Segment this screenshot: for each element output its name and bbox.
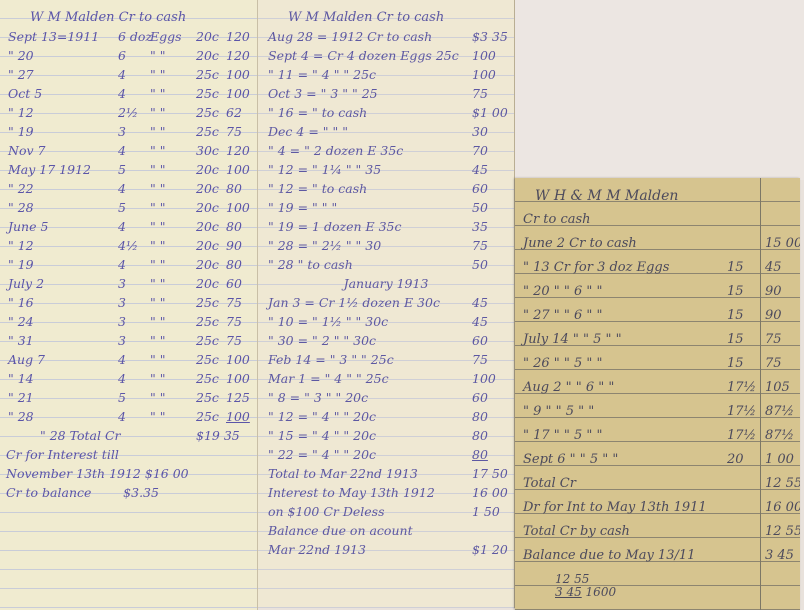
row-description: " 22 = " 4 " " 20c xyxy=(268,445,376,464)
row-description: on $100 Cr Deless xyxy=(268,502,385,521)
row-description: Aug 2 " " 6 " " xyxy=(523,376,614,400)
row-rate: 25c xyxy=(196,350,219,369)
ledger-row: July 23" "20c60 xyxy=(0,274,257,293)
row-rate: 17½ xyxy=(727,376,756,400)
background-surface xyxy=(515,0,804,180)
row-date: " 14 xyxy=(8,369,34,388)
row-date: Nov 7 xyxy=(8,141,45,160)
ledger-row: " 12 = " 4 " " 20c80 xyxy=(258,407,514,426)
row-amount: 45 xyxy=(472,160,488,179)
side-calculation: 12 55 3 45 1600 xyxy=(555,573,616,599)
ledger-row: Total Cr by cash12 55 xyxy=(515,520,800,544)
row-description: Jan 3 = Cr 1½ dozen E 30c xyxy=(268,293,440,312)
ledger-row: Dec 4 = " " "30 xyxy=(258,122,514,141)
ledger-row: " 15 = " 4 " " 20c80 xyxy=(258,426,514,445)
ledger-row: Dr for Int to May 13th 191116 00 xyxy=(515,496,800,520)
row-description: " 28 = " 2½ " " 30 xyxy=(268,236,381,255)
row-date: " 21 xyxy=(8,388,34,407)
ledger-row: June 2 Cr to cash15 00 xyxy=(515,232,800,256)
row-description: " 12 = " to cash xyxy=(268,179,367,198)
row-description: " 19 = 1 dozen E 35c xyxy=(268,217,402,236)
row-amount: 75 xyxy=(472,236,488,255)
ledger-row: " 22 = " 4 " " 20c80 xyxy=(258,445,514,464)
row-rate: 30c xyxy=(196,141,219,160)
ledger-row: " 206" "20c120 xyxy=(0,46,257,65)
row-date: " 12 xyxy=(8,236,34,255)
row-rate: 25c xyxy=(196,103,219,122)
row-quantity: 4 xyxy=(118,65,126,84)
row-description: Dec 4 = " " " xyxy=(268,122,348,141)
row-description: " 16 = " to cash xyxy=(268,103,367,122)
row-date: " 20 xyxy=(8,46,34,65)
row-amount: 70 xyxy=(472,141,488,160)
section-subheading: January 1913 xyxy=(258,274,514,293)
row-unit: " " xyxy=(150,369,165,388)
row-amount: 75 xyxy=(472,350,488,369)
row-amount: $1 00 xyxy=(472,103,508,122)
ledger-row: " 19 = 1 dozen E 35c35 xyxy=(258,217,514,236)
row-amount: 87½ xyxy=(765,400,794,424)
note-line: Cr for Interest till xyxy=(0,445,257,464)
row-amount: 100 xyxy=(226,350,250,369)
row-amount: 75 xyxy=(226,122,242,141)
row-amount: 80 xyxy=(472,407,488,426)
row-amount: 75 xyxy=(226,312,242,331)
row-amount: 15 00 xyxy=(765,232,800,256)
row-amount: 35 xyxy=(472,217,488,236)
row-quantity: 3 xyxy=(118,331,126,350)
row-unit: " " xyxy=(150,350,165,369)
row-amount: 16 00 xyxy=(472,483,508,502)
row-rate: 20c xyxy=(196,160,219,179)
ledger-row: " 10 = " 1½ " " 30c45 xyxy=(258,312,514,331)
ledger-row: June 54" "20c80 xyxy=(0,217,257,236)
row-amount: 100 xyxy=(226,369,250,388)
row-amount: 80 xyxy=(472,426,488,445)
row-rate: 17½ xyxy=(727,400,756,424)
row-rate: 20c xyxy=(196,236,219,255)
row-rate: 25c xyxy=(196,312,219,331)
row-amount: 75 xyxy=(765,352,782,376)
ledger-page-1: W M Malden Cr to cash Sept 13=19116 dozE… xyxy=(0,0,258,610)
row-rate: 25c xyxy=(196,388,219,407)
ledger-row: " 16 = " to cash$1 00 xyxy=(258,103,514,122)
row-quantity: 5 xyxy=(118,198,126,217)
row-rate: 25c xyxy=(196,293,219,312)
ledger-page-2: W M Malden Cr to cash Aug 28 = 1912 Cr t… xyxy=(258,0,515,608)
row-date: " 27 xyxy=(8,65,34,84)
ledger-rows: Sept 13=19116 dozEggs20c120" 206" "20c12… xyxy=(0,27,257,426)
row-quantity: 3 xyxy=(118,293,126,312)
row-amount: 3 45 xyxy=(765,544,794,568)
row-description: Oct 3 = " 3 " " 25 xyxy=(268,84,378,103)
ledger-row: " 285" "20c100 xyxy=(0,198,257,217)
row-rate: 15 xyxy=(727,304,744,328)
row-quantity: 3 xyxy=(118,122,126,141)
row-quantity: 2½ xyxy=(118,103,138,122)
row-unit: " " xyxy=(150,103,165,122)
row-date: Aug 7 xyxy=(8,350,45,369)
row-quantity: 4½ xyxy=(118,236,138,255)
row-unit: " " xyxy=(150,388,165,407)
page-subheading: Cr to cash xyxy=(515,208,800,232)
row-unit: " " xyxy=(150,331,165,350)
row-rate: 17½ xyxy=(727,424,756,448)
ledger-row: " 12 = " 1¼ " " 3545 xyxy=(258,160,514,179)
row-date: " 19 xyxy=(8,122,34,141)
ledger-row: " 13 Cr for 3 doz Eggs1545 xyxy=(515,256,800,280)
row-unit: " " xyxy=(150,236,165,255)
row-unit: " " xyxy=(150,122,165,141)
row-date: " 24 xyxy=(8,312,34,331)
page-heading: W H & M M Malden xyxy=(515,184,800,208)
row-amount: 100 xyxy=(472,369,496,388)
row-amount: 45 xyxy=(472,293,488,312)
ledger-row: " 243" "25c75 xyxy=(0,312,257,331)
row-quantity: 5 xyxy=(118,388,126,407)
row-rate: 15 xyxy=(727,328,744,352)
row-amount: 120 xyxy=(226,27,250,46)
row-amount: $1 20 xyxy=(472,540,508,559)
row-quantity: 3 xyxy=(118,312,126,331)
row-amount: 100 xyxy=(226,407,250,426)
row-date: " 12 xyxy=(8,103,34,122)
row-quantity: 4 xyxy=(118,369,126,388)
row-description: " 8 = " 3 " " 20c xyxy=(268,388,368,407)
row-description: " 12 = " 1¼ " " 35 xyxy=(268,160,381,179)
ledger-row: Sept 6 " " 5 " "201 00 xyxy=(515,448,800,472)
ledger-row: Balance due on acount xyxy=(258,521,514,540)
row-rate: 20c xyxy=(196,27,219,46)
ledger-row: " 284" "25c100 xyxy=(0,407,257,426)
row-rate: 15 xyxy=(727,280,744,304)
row-amount: 100 xyxy=(226,160,250,179)
row-amount: 12 55 xyxy=(765,520,800,544)
row-description: " 28 " to cash xyxy=(268,255,353,274)
row-date: " 28 xyxy=(8,407,34,426)
row-date: July 2 xyxy=(8,274,44,293)
ledger-row: " 17 " " 5 " "17½87½ xyxy=(515,424,800,448)
ledger-row: on $100 Cr Deless1 50 xyxy=(258,502,514,521)
row-amount: 75 xyxy=(226,293,242,312)
row-amount: 60 xyxy=(472,331,488,350)
ledger-row: " 20 " " 6 " "1590 xyxy=(515,280,800,304)
row-amount: 100 xyxy=(226,84,250,103)
ledger-summary: Total to Mar 22nd 191317 50Interest to M… xyxy=(258,464,514,559)
row-unit: " " xyxy=(150,312,165,331)
ledger-row: " 26 " " 5 " "1575 xyxy=(515,352,800,376)
ledger-row: " 8 = " 3 " " 20c60 xyxy=(258,388,514,407)
row-quantity: 4 xyxy=(118,141,126,160)
ledger-row: " 124½" "20c90 xyxy=(0,236,257,255)
row-amount: 62 xyxy=(226,103,242,122)
ledger-row: " 4 = " 2 dozen E 35c70 xyxy=(258,141,514,160)
ledger-row: Total to Mar 22nd 191317 50 xyxy=(258,464,514,483)
total-row: " 28 Total Cr $19 35 xyxy=(0,426,257,445)
note-line: Cr to balance $3.35 xyxy=(0,483,257,502)
row-amount: 75 xyxy=(472,84,488,103)
row-rate: 20 xyxy=(727,448,744,472)
ledger-row: Feb 14 = " 3 " " 25c75 xyxy=(258,350,514,369)
ledger-row: May 17 19125" "20c100 xyxy=(0,160,257,179)
row-amount: 80 xyxy=(226,255,242,274)
row-quantity: 4 xyxy=(118,217,126,236)
ledger-row: Aug 28 = 1912 Cr to cash$3 35 xyxy=(258,27,514,46)
row-amount: 16 00 xyxy=(765,496,800,520)
ledger-row: Interest to May 13th 191216 00 xyxy=(258,483,514,502)
ledger-row: Total Cr12 55 xyxy=(515,472,800,496)
row-description: Feb 14 = " 3 " " 25c xyxy=(268,350,394,369)
ledger-row: Jan 3 = Cr 1½ dozen E 30c45 xyxy=(258,293,514,312)
row-description: Total Cr by cash xyxy=(523,520,630,544)
row-quantity: 3 xyxy=(118,274,126,293)
row-rate: 25c xyxy=(196,84,219,103)
row-rate: 25c xyxy=(196,407,219,426)
row-amount: 100 xyxy=(226,198,250,217)
row-date: " 31 xyxy=(8,331,34,350)
row-rate: 20c xyxy=(196,274,219,293)
row-amount: 60 xyxy=(226,274,242,293)
row-date: Sept 13=1911 xyxy=(8,27,99,46)
row-description: " 4 = " 2 dozen E 35c xyxy=(268,141,403,160)
row-description: Sept 6 " " 5 " " xyxy=(523,448,618,472)
row-rate: 15 xyxy=(727,352,744,376)
ledger-row: " 12 = " to cash60 xyxy=(258,179,514,198)
row-date: June 5 xyxy=(8,217,48,236)
row-amount: 60 xyxy=(472,179,488,198)
row-rate: 20c xyxy=(196,198,219,217)
row-rate: 20c xyxy=(196,179,219,198)
ledger-row: " 224" "20c80 xyxy=(0,179,257,198)
ledger-row: Sept 4 = Cr 4 dozen Eggs 25c100 xyxy=(258,46,514,65)
row-amount: 50 xyxy=(472,255,488,274)
total-amount: $19 35 xyxy=(196,426,240,445)
ledger-row: Mar 22nd 1913$1 20 xyxy=(258,540,514,559)
row-rate: 20c xyxy=(196,46,219,65)
ledger-row: " 215" "25c125 xyxy=(0,388,257,407)
row-unit: " " xyxy=(150,293,165,312)
ledger-row: " 194" "20c80 xyxy=(0,255,257,274)
total-label: " 28 Total Cr xyxy=(40,426,120,445)
row-unit: " " xyxy=(150,65,165,84)
row-rate: 20c xyxy=(196,255,219,274)
row-description: June 2 Cr to cash xyxy=(523,232,637,256)
row-rate: 25c xyxy=(196,65,219,84)
row-quantity: 4 xyxy=(118,350,126,369)
row-unit: " " xyxy=(150,255,165,274)
row-date: " 16 xyxy=(8,293,34,312)
ledger-rows: June 2 Cr to cash15 00" 13 Cr for 3 doz … xyxy=(515,232,800,568)
row-quantity: 4 xyxy=(118,179,126,198)
row-quantity: 5 xyxy=(118,160,126,179)
row-amount: 100 xyxy=(226,65,250,84)
ledger-row: " 19 = " " "50 xyxy=(258,198,514,217)
row-unit: " " xyxy=(150,274,165,293)
page-heading: W M Malden Cr to cash xyxy=(258,8,514,27)
row-description: " 9 " " 5 " " xyxy=(523,400,594,424)
ledger-row: Aug 2 " " 6 " "17½105 xyxy=(515,376,800,400)
row-amount: 120 xyxy=(226,46,250,65)
ledger-row: " 193" "25c75 xyxy=(0,122,257,141)
row-quantity: 6 xyxy=(118,46,126,65)
ledger-row: " 313" "25c75 xyxy=(0,331,257,350)
row-unit: " " xyxy=(150,407,165,426)
row-description: Balance due on acount xyxy=(268,521,413,540)
note-line: November 13th 1912 $16 00 xyxy=(0,464,257,483)
row-description: " 26 " " 5 " " xyxy=(523,352,603,376)
calc-line: 3 45 1600 xyxy=(555,586,616,599)
row-unit: " " xyxy=(150,179,165,198)
ledger-row: Oct 3 = " 3 " " 2575 xyxy=(258,84,514,103)
ledger-row: " 27 " " 6 " "1590 xyxy=(515,304,800,328)
row-unit: " " xyxy=(150,160,165,179)
row-description: Balance due to May 13/11 xyxy=(523,544,695,568)
ledger-row: " 28 " to cash50 xyxy=(258,255,514,274)
row-amount: 75 xyxy=(765,328,782,352)
ledger-row: " 11 = " 4 " " 25c100 xyxy=(258,65,514,84)
row-description: July 14 " " 5 " " xyxy=(523,328,622,352)
ledger-row: Oct 54" "25c100 xyxy=(0,84,257,103)
row-description: " 15 = " 4 " " 20c xyxy=(268,426,376,445)
row-date: May 17 1912 xyxy=(8,160,91,179)
row-amount: 100 xyxy=(472,65,496,84)
row-description: Dr for Int to May 13th 1911 xyxy=(523,496,707,520)
row-amount: 60 xyxy=(472,388,488,407)
row-amount: 50 xyxy=(472,198,488,217)
row-quantity: 6 doz xyxy=(118,27,152,46)
row-description: Total Cr xyxy=(523,472,576,496)
row-rate: 25c xyxy=(196,122,219,141)
ledger-row: Balance due to May 13/113 45 xyxy=(515,544,800,568)
row-description: Aug 28 = 1912 Cr to cash xyxy=(268,27,432,46)
row-description: " 19 = " " " xyxy=(268,198,337,217)
row-amount: 105 xyxy=(765,376,790,400)
row-amount: 87½ xyxy=(765,424,794,448)
row-rate: 25c xyxy=(196,369,219,388)
row-rate: 20c xyxy=(196,217,219,236)
row-quantity: 4 xyxy=(118,255,126,274)
row-description: " 20 " " 6 " " xyxy=(523,280,603,304)
page-heading: W M Malden Cr to cash xyxy=(0,8,257,27)
row-description: " 30 = " 2 " " 30c xyxy=(268,331,376,350)
row-description: Mar 1 = " 4 " " 25c xyxy=(268,369,389,388)
row-date: " 19 xyxy=(8,255,34,274)
ledger-row: " 9 " " 5 " "17½87½ xyxy=(515,400,800,424)
ledger-rows-january: Jan 3 = Cr 1½ dozen E 30c45" 10 = " 1½ "… xyxy=(258,293,514,464)
row-amount: 125 xyxy=(226,388,250,407)
row-description: Total to Mar 22nd 1913 xyxy=(268,464,418,483)
row-amount: 80 xyxy=(226,217,242,236)
row-quantity: 4 xyxy=(118,84,126,103)
row-amount: 17 50 xyxy=(472,464,508,483)
row-amount: 12 55 xyxy=(765,472,800,496)
row-unit: " " xyxy=(150,217,165,236)
ledger-row: Nov 74" "30c120 xyxy=(0,141,257,160)
row-amount: 1 00 xyxy=(765,448,794,472)
ledger-row: Mar 1 = " 4 " " 25c100 xyxy=(258,369,514,388)
ledger-row: Aug 74" "25c100 xyxy=(0,350,257,369)
ledger-row: " 274" "25c100 xyxy=(0,65,257,84)
row-unit: " " xyxy=(150,84,165,103)
row-amount: $3 35 xyxy=(472,27,508,46)
row-description: " 27 " " 6 " " xyxy=(523,304,603,328)
row-description: " 17 " " 5 " " xyxy=(523,424,603,448)
row-date: Oct 5 xyxy=(8,84,42,103)
row-amount: 100 xyxy=(472,46,496,65)
row-rate: 15 xyxy=(727,256,744,280)
row-amount: 30 xyxy=(472,122,488,141)
ledger-row: " 122½" "25c62 xyxy=(0,103,257,122)
row-unit: " " xyxy=(150,141,165,160)
ledger-row: " 144" "25c100 xyxy=(0,369,257,388)
row-amount: 1 50 xyxy=(472,502,500,521)
row-amount: 90 xyxy=(226,236,242,255)
row-unit: Eggs xyxy=(150,27,182,46)
ledger-row: " 30 = " 2 " " 30c60 xyxy=(258,331,514,350)
row-quantity: 4 xyxy=(118,407,126,426)
row-amount: 90 xyxy=(765,304,782,328)
row-description: " 13 Cr for 3 doz Eggs xyxy=(523,256,669,280)
row-unit: " " xyxy=(150,198,165,217)
ledger-row: Sept 13=19116 dozEggs20c120 xyxy=(0,27,257,46)
row-amount: 75 xyxy=(226,331,242,350)
ledger-rows: Aug 28 = 1912 Cr to cash$3 35Sept 4 = Cr… xyxy=(258,27,514,274)
row-description: Mar 22nd 1913 xyxy=(268,540,366,559)
row-amount: 45 xyxy=(472,312,488,331)
row-amount: 80 xyxy=(472,445,488,464)
row-amount: 90 xyxy=(765,280,782,304)
row-date: " 22 xyxy=(8,179,34,198)
row-amount: 120 xyxy=(226,141,250,160)
ledger-page-3: W H & M M Malden Cr to cash June 2 Cr to… xyxy=(515,178,800,610)
row-rate: 25c xyxy=(196,331,219,350)
row-amount: 45 xyxy=(765,256,782,280)
row-amount: 80 xyxy=(226,179,242,198)
ledger-row: July 14 " " 5 " "1575 xyxy=(515,328,800,352)
row-date: " 28 xyxy=(8,198,34,217)
row-unit: " " xyxy=(150,46,165,65)
row-description: Sept 4 = Cr 4 dozen Eggs 25c xyxy=(268,46,459,65)
ledger-row: " 163" "25c75 xyxy=(0,293,257,312)
ledger-row: " 28 = " 2½ " " 3075 xyxy=(258,236,514,255)
row-description: Interest to May 13th 1912 xyxy=(268,483,435,502)
row-description: " 12 = " 4 " " 20c xyxy=(268,407,376,426)
row-description: " 10 = " 1½ " " 30c xyxy=(268,312,388,331)
row-description: " 11 = " 4 " " 25c xyxy=(268,65,376,84)
